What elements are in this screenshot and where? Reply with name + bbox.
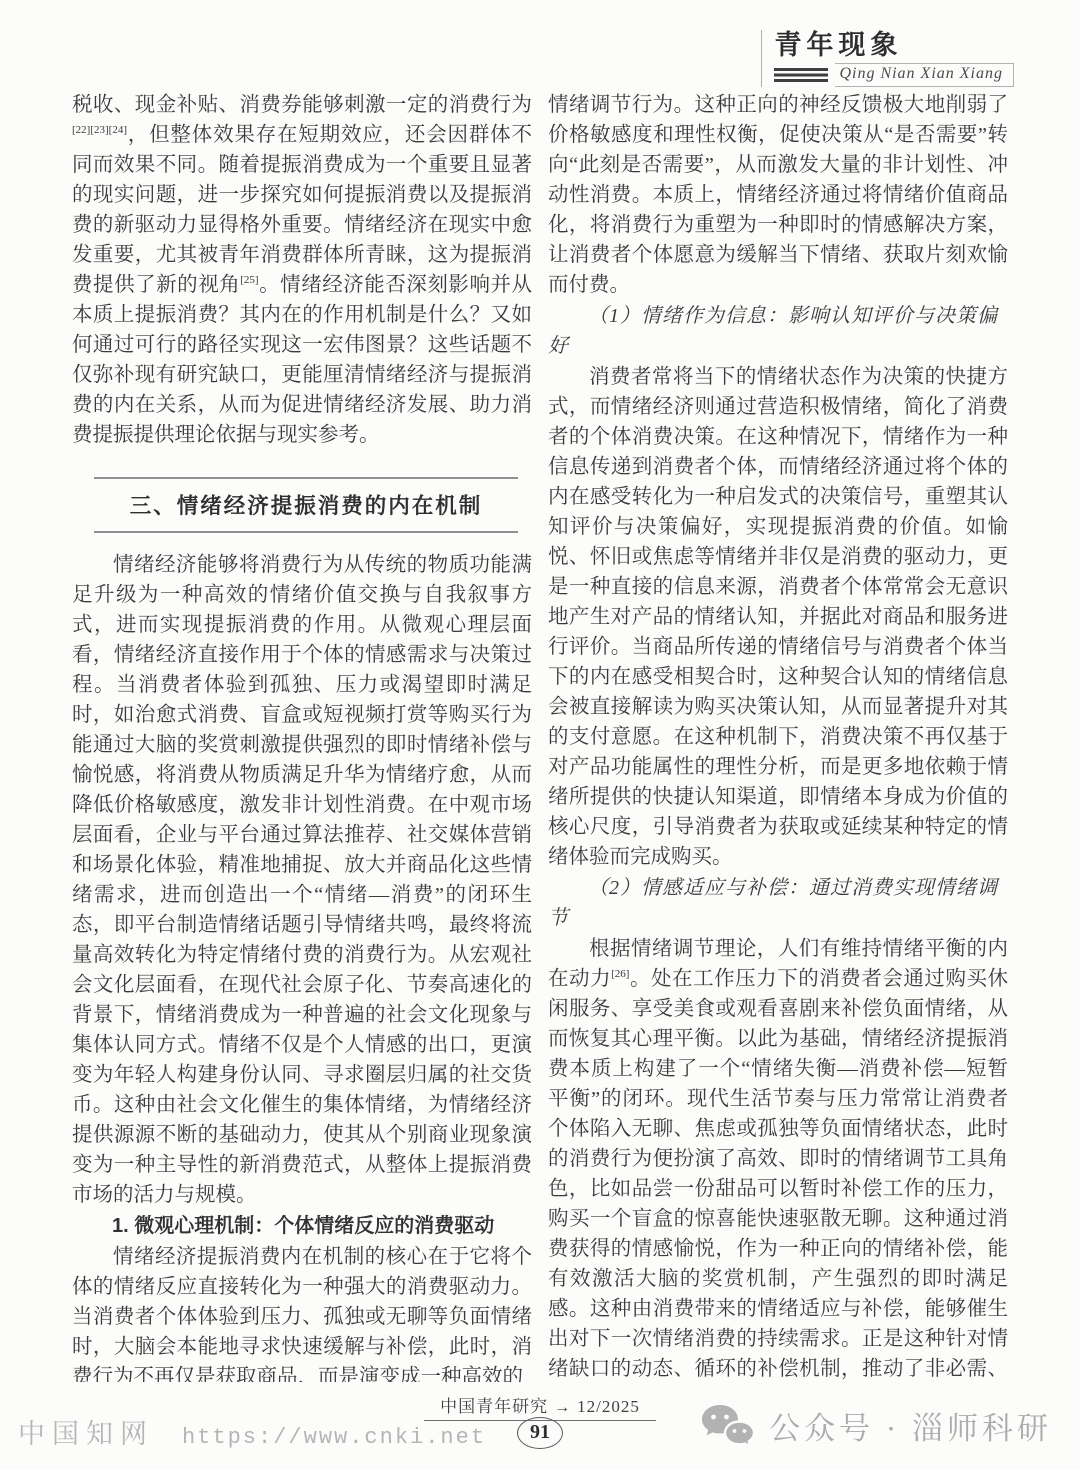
cnki-watermark: 中国知网 https://www.cnki.net xyxy=(18,1412,486,1451)
wechat-watermark: 公众号 · 淄师科研 xyxy=(699,1402,1052,1449)
cnki-url: https://www.cnki.net xyxy=(182,1425,486,1450)
page-number-badge: 91 xyxy=(517,1417,563,1449)
paragraph: 情绪调节行为。这种正向的神经反馈极大地削弱了价格敏感度和理性权衡，促使决策从“是… xyxy=(548,90,1008,300)
triple-lines-decoration xyxy=(774,68,828,82)
article-body: 税收、现金补贴、消费券能够刺激一定的消费行为[22][23][24]，但整体效果… xyxy=(72,90,1008,1382)
left-column: 税收、现金补贴、消费券能够刺激一定的消费行为[22][23][24]，但整体效果… xyxy=(72,90,532,1382)
sub-point-heading: （2）情感适应与补偿：通过消费实现情绪调节 xyxy=(548,873,1008,933)
journal-page: 青年现象 Qing Nian Xian Xiang 税收、现金补贴、消费券能够刺… xyxy=(0,0,1080,1470)
arrow-icon: → xyxy=(554,1399,571,1416)
column-title: 青年现象 xyxy=(774,30,1014,60)
paragraph: 情绪经济提振消费内在机制的核心在于它将个体的情绪反应直接转化为一种强大的消费驱动… xyxy=(72,1242,532,1382)
section-heading: 三、情绪经济提振消费的内在机制 xyxy=(94,477,518,533)
reference-superscript: [25] xyxy=(240,274,258,286)
column-title-pinyin-row: Qing Nian Xian Xiang xyxy=(774,63,1014,87)
reference-superscript: [22][23][24] xyxy=(72,124,127,136)
page-header: 青年现象 Qing Nian Xian Xiang xyxy=(761,30,1014,87)
paragraph: 情绪经济能够将消费行为从传统的物质功能满足升级为一种高效的情绪价值交换与自我叙事… xyxy=(72,550,532,1210)
wechat-account-label: 公众号 · 淄师科研 xyxy=(769,1403,1052,1448)
page-number: 91 xyxy=(530,1421,550,1443)
right-column: 情绪调节行为。这种正向的神经反馈极大地削弱了价格敏感度和理性权衡，促使决策从“是… xyxy=(548,90,1008,1382)
subsection-heading: 1. 微观心理机制：个体情绪反应的消费驱动 xyxy=(72,1211,532,1241)
cnki-name: 中国知网 xyxy=(18,1412,154,1451)
paragraph: 消费者常将当下的情绪状态作为决策的快捷方式，而情绪经济则通过营造积极情绪，简化了… xyxy=(548,362,1008,872)
issue-number: 12/2025 xyxy=(577,1397,640,1416)
sub-point-heading: （1）情绪作为信息：影响认知评价与决策偏好 xyxy=(548,301,1008,361)
paragraph: 根据情绪调节理论，人们有维持情绪平衡的内在动力[26]。处在工作压力下的消费者会… xyxy=(548,934,1008,1382)
paragraph: 税收、现金补贴、消费券能够刺激一定的消费行为[22][23][24]，但整体效果… xyxy=(72,90,532,450)
column-title-pinyin: Qing Nian Xian Xiang xyxy=(835,63,1014,87)
wechat-icon xyxy=(699,1402,755,1449)
reference-superscript: [26] xyxy=(611,968,629,980)
